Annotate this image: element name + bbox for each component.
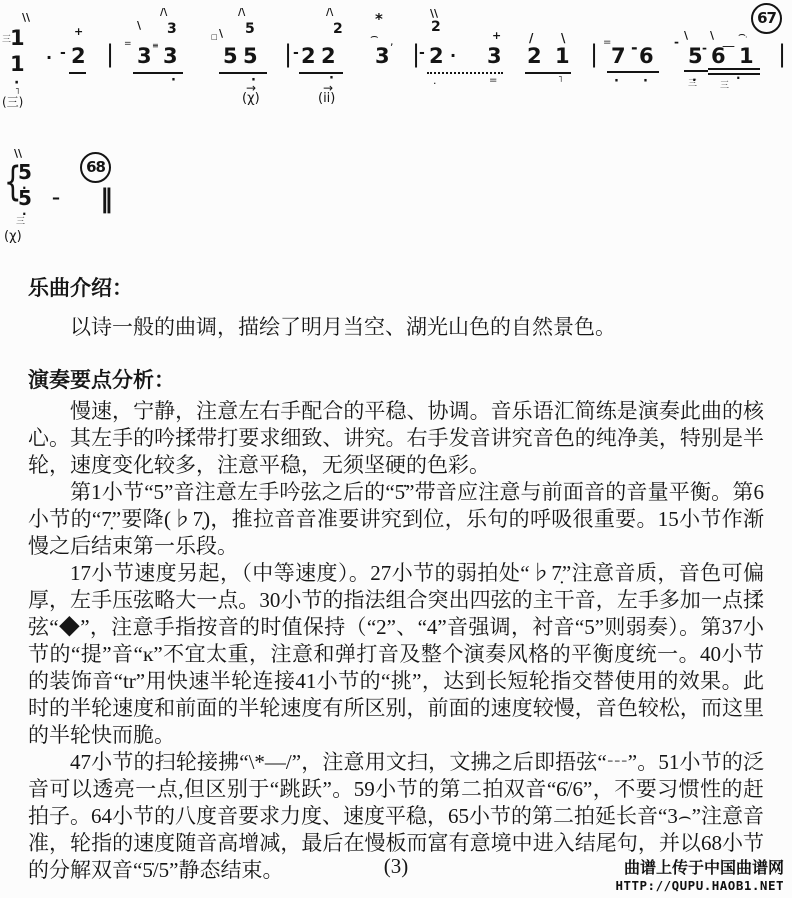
watermark: 曲谱上传于中国曲谱网 HTTP://QUPU.HAOB1.NET [615,860,784,893]
section-heading-analysis: 演奏要点分析： [28,370,764,392]
measure-number-badge: 67 [751,3,782,34]
barline: | [106,42,114,66]
grace-note: 2 [431,20,441,34]
beam-line [708,68,760,75]
notation-glyph: 3 [163,46,178,67]
notation-glyph: 2 [527,46,542,67]
beam-line [427,72,503,74]
slur-arc: ⌢ [370,30,379,43]
section-heading-intro: 乐曲介绍： [28,278,764,300]
measure-number-badge: 68 [80,152,111,183]
notation-glyph: - [674,36,679,48]
notation-glyph: 3 [137,46,152,67]
grace-note: 5 [245,22,255,36]
watermark-site-name: 曲谱上传于中国曲谱网 [615,860,784,878]
beam-line [219,72,267,74]
beam-line [69,72,86,74]
beam-line [133,72,183,74]
notation-glyph: , [390,36,394,47]
notation-glyph: 5 [243,46,258,67]
notation-glyph: + [74,26,83,37]
half-note-dash: – [52,190,60,206]
analysis-paragraph-1: 慢速，宁静，注意左右手配合的平稳、协调。音乐语汇简练是演奏此曲的核心。其左手的吟… [28,398,764,479]
string-mark: 三 [720,82,729,91]
notation-glyph: /\ [160,8,167,18]
octave-dot: · [643,75,648,88]
notation-glyph: \ [561,32,565,44]
tremolo-mark: \\ [14,148,22,159]
grace-note: 3 [167,22,177,36]
notation-glyph: ≡ [152,42,159,50]
beam-line [299,72,343,74]
beam-line [525,72,571,74]
augmentation-dot: · [46,50,52,66]
notation-glyph: \ [137,20,141,31]
intro-paragraph: 以诗一般的曲调，描绘了明月当空、湖光山色的自然景色。 [28,314,764,341]
notation-glyph: - [702,42,707,54]
notation-glyph: / [529,32,533,44]
tremolo-mark: \\ [22,12,30,23]
notation-glyph: 2 [71,46,86,67]
notation-glyph: 5 [688,46,703,67]
notation-glyph: 7 [611,46,626,67]
notation-glyph: 6 [639,46,654,67]
notation-glyph: + [492,30,501,41]
notation-glyph: · [171,74,176,87]
notation-glyph: 1 [10,54,25,75]
octave-dot: · [614,75,619,88]
barline: | [590,42,598,66]
string-mark: 三 [16,218,25,227]
tremolo-mark: \\ [430,8,438,19]
notation-glyph: - [631,40,638,56]
beam-line [607,71,659,73]
notation-glyph: = [489,76,497,86]
barline: | [778,42,786,66]
notation-glyph: 1 [10,28,25,49]
beam-line [684,70,708,72]
notation-glyph: · [433,78,437,89]
notation-glyph: \ [710,30,714,41]
augmentation-dot: · [450,48,456,64]
analysis-paragraph-2: 第1小节“5”音注意左手吟弦之后的“5̇”带音应注意与前面音的音量平衡。第6小节… [28,479,764,560]
notation-glyph: \ [684,30,688,41]
score-page: 三\\11·˥(三)·+-2|\=3/\3≡3·□\5/\55·→(χ)|-2/… [0,0,792,898]
notation-glyph: 3 [375,46,390,67]
notation-glyph: ˥ [558,76,562,85]
string-mark: 三 [688,80,697,89]
grace-note: 2 [333,22,343,36]
notation-glyph: \ [219,28,223,39]
string-mark: (χ) [4,230,22,243]
notation-glyph: - [60,46,66,60]
notation-glyph: 5 [18,188,32,208]
notation-glyph: 5 [18,162,32,182]
notation-glyph: - [419,46,425,60]
notation-glyph: /\ [326,8,333,18]
string-mark: (三) [2,96,23,108]
notation-glyph: 2 [301,46,316,67]
notation-glyph: 2 [429,46,444,67]
notation-glyph: — [722,40,735,53]
analysis-paragraph-3: 17小节速度另起，（中等速度）。27小节的弱拍处“♭7̣”注意音质，音色可偏厚，… [28,560,764,749]
notation-glyph: 3 [487,46,502,67]
string-mark: (χ) [242,92,260,105]
notation-glyph: · [745,34,748,42]
notation-glyph: 5 [223,46,238,67]
notation-area: 三\\11·˥(三)·+-2|\=3/\3≡3·□\5/\55·→(χ)|-2/… [0,0,792,260]
watermark-url: HTTP://QUPU.HAOB1.NET [615,878,784,893]
notation-glyph: - [293,46,299,60]
notation-glyph: 1 [739,46,754,67]
notation-glyph: 2 [321,46,336,67]
harmonic-mark: * [375,12,383,27]
notation-glyph: □ [211,34,218,41]
string-mark: (ii) [318,92,335,105]
notation-glyph: 1 [555,46,570,67]
barline: | [284,42,292,66]
notation-glyph: /\ [238,8,245,18]
notation-glyph: = [124,40,132,49]
text-content: 乐曲介绍： 以诗一般的曲调，描绘了明月当空、湖光山色的自然景色。 演奏要点分析：… [28,278,764,884]
final-double-barline: ‖ [100,186,113,212]
